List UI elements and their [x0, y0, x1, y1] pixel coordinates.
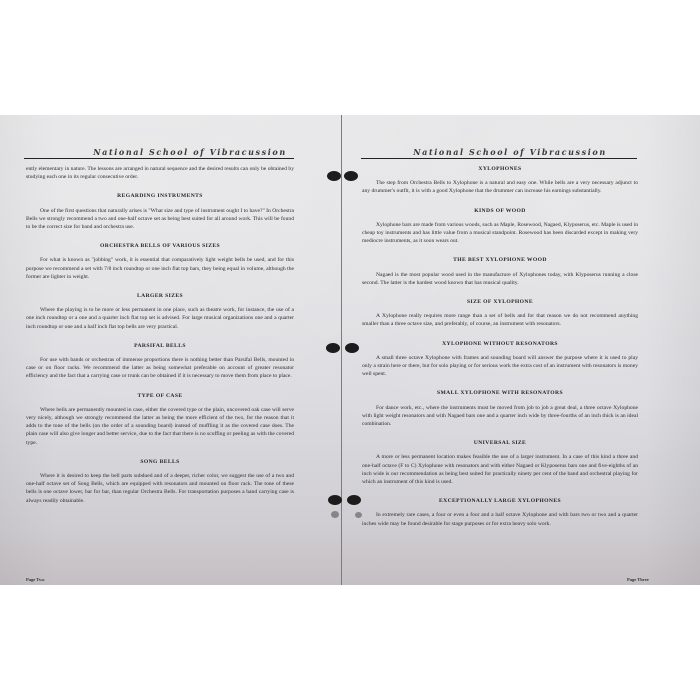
paragraph: For dance work, etc., where the instrume…	[362, 404, 638, 429]
running-head: National School of Vibracussion	[405, 147, 615, 157]
section-heading: LARGER SIZES	[26, 292, 294, 300]
binding-spine	[341, 115, 342, 585]
booklet-spread: National School of Vibracussion ently el…	[0, 115, 700, 585]
paragraph: A Xylophone really requires more range t…	[362, 312, 638, 328]
page-three: National School of Vibracussion XYLOPHON…	[345, 115, 700, 585]
paragraph: Nagaed is the most popular wood used in …	[362, 271, 638, 287]
paragraph: For what is known as "jobbing" work, it …	[26, 256, 294, 281]
section-heading: UNIVERSAL SIZE	[362, 439, 638, 447]
section-heading: SMALL XYLOPHONE WITH RESONATORS	[362, 389, 638, 397]
section-heading: THE BEST XYLOPHONE WOOD	[362, 256, 638, 264]
header-rule	[361, 158, 637, 159]
page-body: ently elementary in nature. The lessons …	[26, 165, 294, 516]
section-heading: KINDS OF WOOD	[362, 207, 638, 215]
paragraph: ently elementary in nature. The lessons …	[26, 165, 294, 181]
section-heading: PARSIFAL BELLS	[26, 342, 294, 350]
page-number: Page Two	[26, 577, 44, 582]
section-heading: REGARDING INSTRUMENTS	[26, 192, 294, 200]
paragraph: For use with bands or orchestras of imme…	[26, 356, 294, 381]
page-two: National School of Vibracussion ently el…	[0, 115, 340, 585]
section-heading: XYLOPHONE WITHOUT RESONATORS	[362, 340, 638, 348]
paragraph: Where bells are permanently mounted in c…	[26, 406, 294, 447]
section-heading: SIZE OF XYLOPHONE	[362, 298, 638, 306]
page-number: Page Three	[627, 577, 649, 582]
paragraph: Where it is desired to keep the bell par…	[26, 472, 294, 505]
paragraph: Xylophone bars are made from various woo…	[362, 221, 638, 246]
section-heading: XYLOPHONES	[362, 165, 638, 173]
paragraph: In extremely rare cases, a four or even …	[362, 511, 638, 527]
paragraph: The step from Orchestra Bells to Xylopho…	[362, 179, 638, 195]
section-heading: SONG BELLS	[26, 458, 294, 466]
section-heading: EXCEPTIONALLY LARGE XYLOPHONES	[362, 497, 638, 505]
paragraph: A more or less permanent location makes …	[362, 453, 638, 486]
section-heading: ORCHESTRA BELLS OF VARIOUS SIZES	[26, 242, 294, 250]
paragraph: One of the first questions that naturall…	[26, 207, 294, 232]
paragraph: Where the playing is to be more or less …	[26, 306, 294, 331]
running-head: National School of Vibracussion	[85, 147, 295, 157]
header-rule	[24, 158, 294, 159]
section-heading: TYPE OF CASE	[26, 392, 294, 400]
page-body: XYLOPHONESThe step from Orchestra Bells …	[362, 165, 638, 539]
paragraph: A small three octave Xylophone with fram…	[362, 354, 638, 379]
